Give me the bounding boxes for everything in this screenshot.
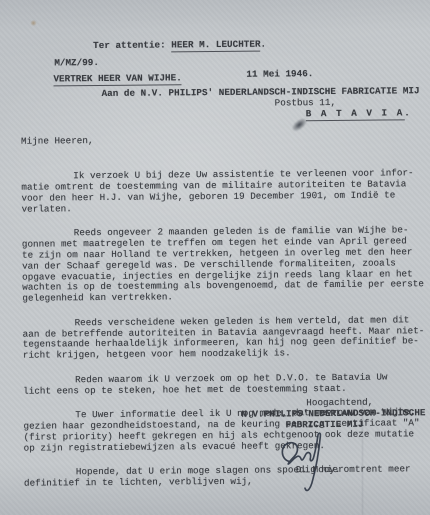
body-paragraph: Reden waarom ik U verzoek om op het D.V.… — [23, 372, 430, 397]
body-paragraph: Reeds ongeveer 2 maanden geleden is de f… — [22, 225, 430, 304]
letter-page: Ter attentie: HEER M. LEUCHTER. M/MZ/99.… — [0, 0, 430, 515]
attention-suffix: . — [260, 39, 266, 50]
addressee-city-suffix: . — [404, 107, 412, 118]
letter-photo: Ter attentie: HEER M. LEUCHTER. M/MZ/99.… — [0, 0, 430, 515]
addressee-city-text: B A T A V I A — [306, 107, 405, 120]
signer-name: D. Mooy. — [296, 465, 341, 476]
salutation: Mijne Heeren, — [21, 133, 430, 147]
letter-body: Mijne Heeren, Ik verzoek U bij deze Uw a… — [21, 122, 430, 500]
body-paragraph: Reeds verscheidene weken geleden is hem … — [23, 315, 430, 362]
body-paragraph: Hopende, dat U erin moge slagen ons spoe… — [24, 464, 430, 489]
reference-number: M/MZ/99. — [54, 58, 99, 69]
body-paragraph: Ik verzoek U bij deze Uw assistentie te … — [21, 168, 430, 215]
addressee-company: Aan de N.V. PHILIPS' NEDERLANDSCH-INDISC… — [102, 86, 420, 100]
attention-prefix: Ter attentie: — [93, 39, 171, 51]
subject-line: VERTREK HEER VAN WIJHE. — [53, 73, 181, 85]
addressee-city: B A T A V I A. — [306, 108, 412, 120]
attention-line: Ter attentie: HEER M. LEUCHTER. — [93, 40, 266, 52]
attention-name: HEER M. LEUCHTER — [171, 39, 260, 52]
letter-date: 11 Mei 1946. — [246, 69, 313, 80]
subject-text: VERTREK HEER VAN WIJHE. — [53, 72, 181, 86]
